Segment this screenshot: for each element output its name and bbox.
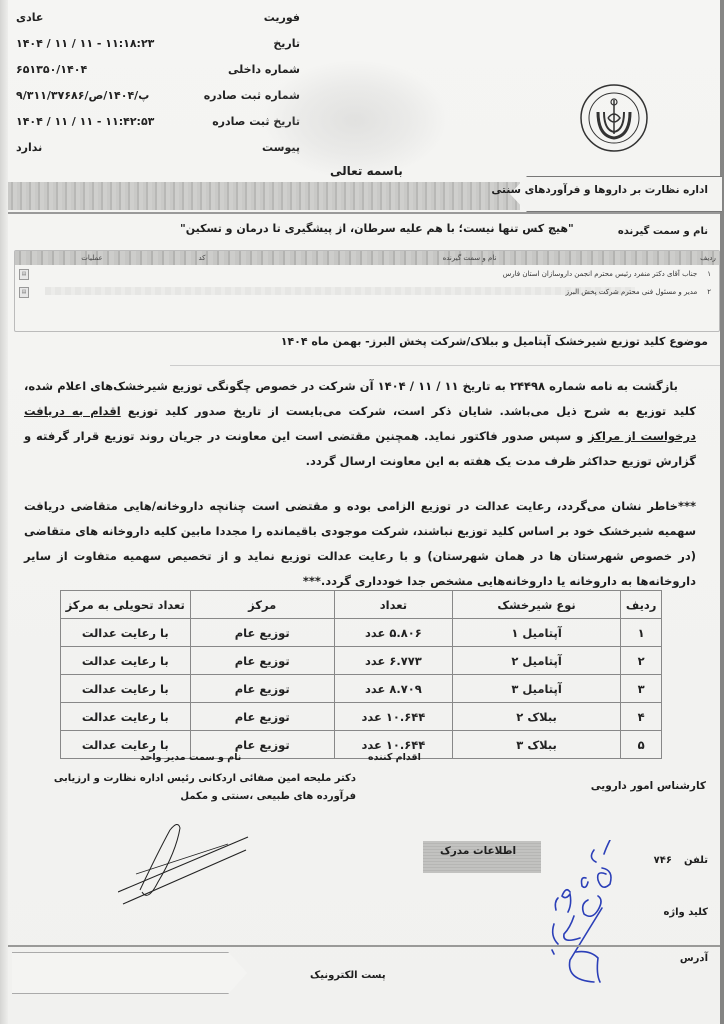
col-operations: عملیات	[22, 254, 162, 262]
recipients-table-header: ردیف نام و سمت گیرنده کد عملیات	[15, 251, 719, 265]
actor-role: کارشناس امور دارویی	[591, 780, 706, 792]
table-row: ۳ آپتامیل ۳ ۸.۷۰۹ عدد توزیع عام با رعایت…	[61, 675, 662, 703]
department-name: اداره نظارت بر داروها و فرآوردهای سنتی	[491, 184, 708, 196]
paragraph-text: بازگشت به نامه شماره ۲۴۴۹۸ به تاریخ ۱۱ /…	[24, 379, 696, 418]
watermark-ornament	[260, 60, 450, 180]
meta-label: تاریخ	[185, 37, 300, 50]
cell-type: آپتامیل ۲	[452, 647, 620, 675]
scan-edge-right	[720, 0, 724, 1024]
meta-label: فوریت	[185, 11, 300, 24]
cell-center: توزیع عام	[190, 647, 334, 675]
cell-index: ۵	[621, 731, 662, 759]
col-index: ردیف	[697, 254, 719, 262]
cell-index: ۳	[621, 675, 662, 703]
meta-value: ۱۴۰۴ / ۱۱ / ۱۱ - ۱۱:۴۲:۵۳	[10, 115, 185, 128]
col-center: مرکز	[190, 591, 334, 619]
recipient-index: ۲	[707, 288, 711, 296]
doc-info-label: اطلاعات مدرک	[440, 845, 516, 857]
banner-gray-band	[8, 182, 520, 210]
actor-label: اقدام کننده	[368, 752, 421, 763]
cell-type: آپتامیل ۳	[452, 675, 620, 703]
cell-type: آپتامیل ۱	[452, 619, 620, 647]
col-delivered: تعداد تحویلی به مرکز	[61, 591, 191, 619]
slogan: "هیچ کس تنها نیست؛ با هم علیه سرطان، از …	[180, 222, 574, 235]
email-box	[12, 952, 247, 994]
recipient-row: ۱ جناب آقای دکتر منفرد رئیس محترم انجمن …	[503, 270, 711, 278]
meta-date: تاریخ ۱۴۰۴ / ۱۱ / ۱۱ - ۱۱:۱۸:۲۳	[10, 30, 300, 56]
meta-attachment: پیوست ندارد	[10, 134, 300, 160]
subject-divider	[170, 365, 720, 366]
recipient-name: مدیر و مسئول فنی محترم شرکت پخش البرز	[566, 288, 698, 296]
cell-center: توزیع عام	[190, 703, 334, 731]
scan-edge-left	[0, 0, 8, 1024]
cell-delivery: با رعایت عدالت	[61, 647, 191, 675]
cell-delivery: با رعایت عدالت	[61, 703, 191, 731]
meta-value: ۶۵۱۳۵۰/۱۴۰۴	[10, 63, 185, 76]
table-row: ۱ آپتامیل ۱ ۵.۸۰۶ عدد توزیع عام با رعایت…	[61, 619, 662, 647]
col-recipient: نام و سمت گیرنده	[242, 254, 697, 262]
table-row: ۴ ببلاک ۲ ۱۰.۶۴۴ عدد توزیع عام با رعایت …	[61, 703, 662, 731]
manager-name: دکتر ملیحه امین صفائی اردکانی رئیس اداره…	[28, 770, 356, 806]
letter-page: فوریت عادی تاریخ ۱۴۰۴ / ۱۱ / ۱۱ - ۱۱:۱۸:…	[0, 0, 724, 1024]
recipient-name: جناب آقای دکتر منفرد رئیس محترم انجمن دا…	[503, 270, 698, 278]
phone-label: تلفن	[684, 855, 708, 866]
col-quantity: تعداد	[334, 591, 452, 619]
cell-index: ۱	[621, 619, 662, 647]
meta-internal-number: شماره داخلی ۶۵۱۳۵۰/۱۴۰۴	[10, 56, 300, 82]
meta-value: ندارد	[10, 141, 185, 154]
meta-value: ۱۴۰۴ / ۱۱ / ۱۱ - ۱۱:۱۸:۲۳	[10, 37, 185, 50]
bismillah-heading: باسمه تعالی	[330, 164, 403, 178]
handwritten-note-icon	[540, 840, 620, 985]
document-icon[interactable]: ▤	[19, 269, 29, 280]
meta-issue-date: تاریخ ثبت صادره ۱۴۰۴ / ۱۱ / ۱۱ - ۱۱:۴۲:۵…	[10, 108, 300, 134]
cell-qty: ۵.۸۰۶ عدد	[334, 619, 452, 647]
cell-qty: ۱۰.۶۴۴ عدد	[334, 703, 452, 731]
signature-icon	[118, 822, 253, 912]
col-index: ردیف	[621, 591, 662, 619]
col-formula-type: نوع شیرخشک	[452, 591, 620, 619]
email-label: پست الکترونیک	[310, 970, 386, 981]
footer-divider	[8, 945, 720, 947]
cell-qty: ۶.۷۷۳ عدد	[334, 647, 452, 675]
recipients-table: ردیف نام و سمت گیرنده کد عملیات ۱ جناب آ…	[14, 250, 720, 332]
cell-delivery: با رعایت عدالت	[61, 619, 191, 647]
cell-delivery: با رعایت عدالت	[61, 675, 191, 703]
distribution-table-header: ردیف نوع شیرخشک تعداد مرکز تعداد تحویلی …	[61, 591, 662, 619]
cell-type: ببلاک ۳	[452, 731, 620, 759]
cell-type: ببلاک ۲	[452, 703, 620, 731]
keyword-field: کلید واژه	[663, 907, 708, 918]
keyword-label: کلید واژه	[663, 907, 708, 918]
table-row: ۲ آپتامیل ۲ ۶.۷۷۳ عدد توزیع عام با رعایت…	[61, 647, 662, 675]
body-paragraph-2: ***خاطر نشان می‌گردد، رعایت عدالت در توز…	[24, 494, 696, 594]
phone-field: تلفن ۷۴۶	[654, 855, 708, 866]
letter-subject: موضوع کلید توزیع شیرخشک آپتامیل و ببلاک/…	[281, 335, 708, 348]
letter-meta: فوریت عادی تاریخ ۱۴۰۴ / ۱۱ / ۱۱ - ۱۱:۱۸:…	[10, 4, 300, 160]
meta-issue-number: شماره ثبت صادره ۹/۳۱۱/۳۷۶۸۶/پ/۱۴۰۴/ص	[10, 82, 300, 108]
cell-index: ۲	[621, 647, 662, 675]
recipient-label: نام و سمت گیرنده	[618, 226, 708, 237]
meta-value: ۹/۳۱۱/۳۷۶۸۶/پ/۱۴۰۴/ص	[10, 89, 185, 102]
meta-priority: فوریت عادی	[10, 4, 300, 30]
address-field: آدرس	[680, 953, 708, 964]
cell-qty: ۸.۷۰۹ عدد	[334, 675, 452, 703]
meta-value: عادی	[10, 11, 185, 24]
cell-center: توزیع عام	[190, 675, 334, 703]
document-icon[interactable]: ▤	[19, 287, 29, 298]
cell-index: ۴	[621, 703, 662, 731]
faint-row-bg	[45, 287, 635, 295]
col-code: کد	[162, 254, 242, 262]
manager-label: نام و سمت مدیر واحد	[140, 752, 241, 763]
university-logo-icon	[578, 82, 650, 154]
recipient-row: ۲ مدیر و مسئول فنی محترم شرکت پخش البرز	[566, 288, 711, 296]
cell-center: توزیع عام	[190, 619, 334, 647]
recipient-index: ۱	[707, 270, 711, 278]
body-paragraph-1: بازگشت به نامه شماره ۲۴۴۹۸ به تاریخ ۱۱ /…	[24, 374, 696, 474]
distribution-table: ردیف نوع شیرخشک تعداد مرکز تعداد تحویلی …	[60, 590, 662, 759]
phone-value: ۷۴۶	[654, 855, 672, 866]
banner-divider	[8, 212, 720, 214]
address-label: آدرس	[680, 953, 708, 964]
